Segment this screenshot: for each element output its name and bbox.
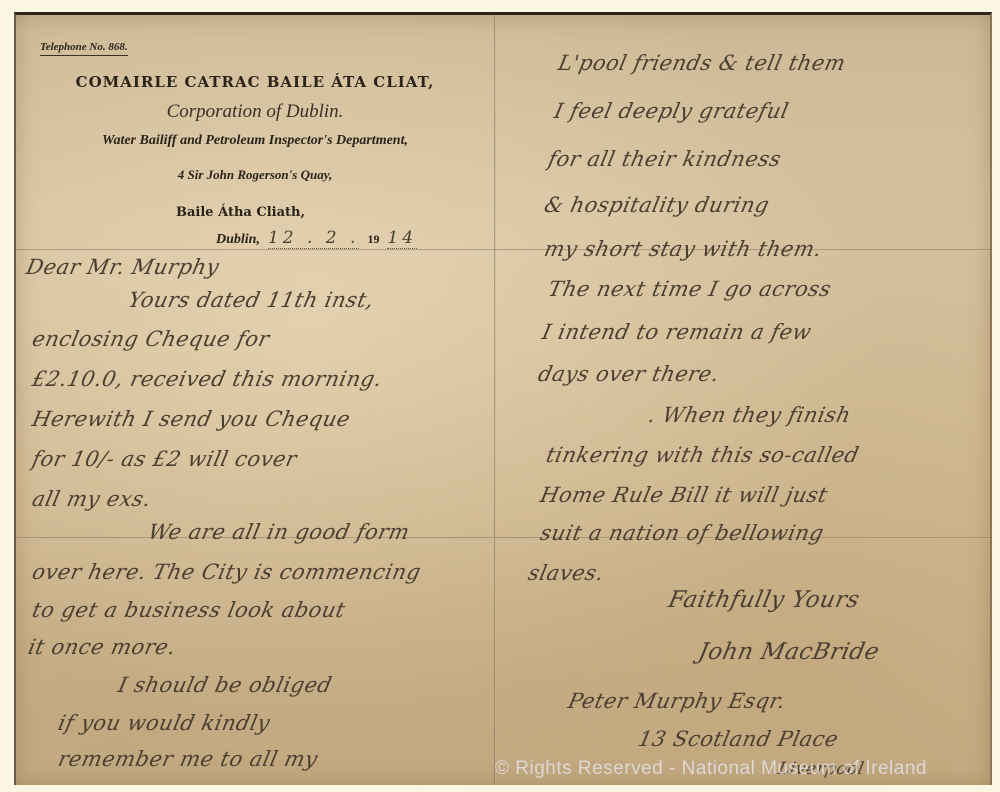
body-line: £2.10.0, received this morning. [30, 367, 385, 391]
body-line: all my exs. [30, 487, 153, 511]
salutation: Dear Mr. Murphy [24, 255, 222, 279]
letterhead-corporation: Corporation of Dublin. [16, 101, 494, 123]
recipient-street: 13 Scotland Place [636, 727, 841, 751]
upper-fold [16, 249, 990, 251]
closing: Faithfully Yours [666, 587, 862, 613]
body-line: it once more. [26, 635, 178, 659]
dateline: Dublin, 12 . 2 . 19 14 [216, 228, 417, 249]
body-line: remember me to all my [56, 747, 320, 771]
center-fold [494, 15, 496, 785]
body-line: if you would kindly [56, 711, 272, 735]
signature: John MacBride [696, 639, 882, 665]
letterhead-irish-name: COMAIRLE CATRAC BAILE ÁTA CLIAT, [16, 73, 494, 91]
body-line: & hospitality during [542, 193, 772, 217]
body-line: I intend to remain a few [540, 320, 814, 344]
body-line: L'pool friends & tell them [556, 51, 848, 75]
body-line: for 10/- as £2 will cover [30, 447, 299, 471]
body-line: my short stay with them. [542, 237, 824, 261]
body-line: for all their kindness [546, 147, 784, 171]
letter-sheet: Telephone No. 868. COMAIRLE CATRAC BAILE… [14, 12, 992, 785]
body-line: slaves. [526, 561, 606, 585]
body-line: We are all in good form [146, 520, 412, 544]
letterhead-address: 4 Sir John Rogerson's Quay, [16, 167, 494, 183]
body-line: . When they finish [646, 403, 853, 427]
body-line: over here. The City is commencing [30, 560, 423, 584]
body-line: suit a nation of bellowing [538, 521, 826, 545]
letterhead-department: Water Bailiff and Petroleum Inspector's … [16, 133, 494, 149]
body-line: I feel deeply grateful [552, 99, 791, 123]
recipient-name: Peter Murphy Esqr. [566, 689, 788, 713]
body-line: enclosing Cheque for [30, 327, 272, 351]
body-line: Home Rule Bill it will just [538, 483, 830, 507]
date-year-suffix: 14 [387, 228, 417, 249]
date-year-prefix: 19 [367, 232, 379, 247]
body-line: days over there. [536, 362, 722, 386]
body-line: to get a business look about [30, 598, 348, 622]
letterhead-irish-city: Baile Átha Cliath, [176, 205, 305, 220]
copyright-watermark: © Rights Reserved - National Museum of I… [495, 758, 927, 780]
body-line: Herewith I send you Cheque [30, 407, 353, 431]
body-line: Yours dated 11th inst, [126, 288, 376, 312]
body-line: The next time I go across [546, 277, 834, 301]
body-line: I should be obliged [116, 673, 334, 697]
date-city: Dublin, [216, 232, 260, 248]
date-handwritten: 12 . 2 . [268, 228, 359, 249]
body-line: tinkering with this so-called [544, 443, 861, 467]
telephone-number: Telephone No. 868. [40, 41, 128, 56]
